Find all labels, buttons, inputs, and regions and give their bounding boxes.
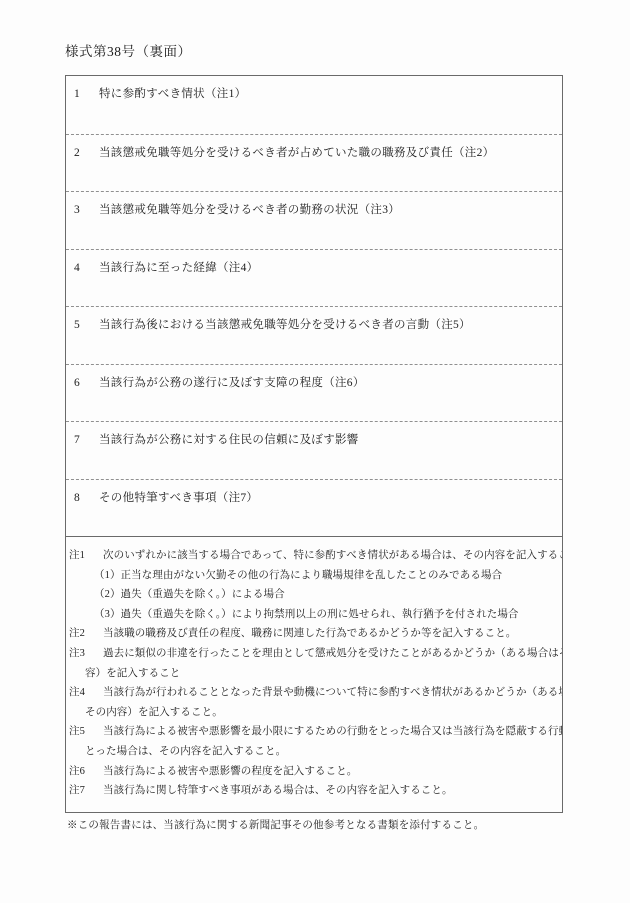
- section-label: 当該行為に至った経緯（注4）: [99, 262, 258, 274]
- section-number: 2: [74, 147, 99, 159]
- note-text: 当該行為による被害や悪影響の程度を記入すること。: [103, 766, 357, 777]
- form-section-row: 3当該懲戒免職等処分を受けるべき者の勤務の状況（注3）: [66, 191, 562, 249]
- section-number: 3: [74, 204, 99, 216]
- note-text: その内容）を記入すること。: [85, 707, 223, 718]
- note-line: 注6当該行為による被害や悪影響の程度を記入すること。: [69, 762, 560, 782]
- section-number: 4: [74, 262, 99, 274]
- note-line: （1）正当な理由がない欠勤その他の行為により職場規律を乱したことのみである場合: [69, 566, 560, 586]
- note-text: （2）過失（重過失を除く。）による場合: [94, 589, 285, 600]
- section-label: その他特筆すべき事項（注7）: [99, 492, 258, 504]
- note-text: （1）正当な理由がない欠勤その他の行為により職場規律を乱したことのみである場合: [94, 570, 502, 581]
- note-text: 容）を記入すること: [85, 668, 180, 679]
- page-title: 様式第38号（裏面）: [65, 40, 192, 60]
- section-label: 特に参酌すべき情状（注1）: [99, 88, 246, 100]
- form-section-row: 7当該行為が公務に対する住民の信頼に及ぼす影響: [66, 421, 562, 479]
- section-number: 7: [74, 434, 99, 446]
- note-text: 当該行為による被害や悪影響を最小限にするための行動をとった場合又は当該行為を隠蔽…: [103, 726, 563, 737]
- note-line: 注1次のいずれかに該当する場合であって、特に参酌すべき情状がある場合は、その内容…: [69, 546, 560, 566]
- form-section-row: 8その他特筆すべき事項（注7）: [66, 479, 562, 537]
- section-label: 当該行為が公務に対する住民の信頼に及ぼす影響: [99, 434, 359, 446]
- note-line: （2）過失（重過失を除く。）による場合: [69, 585, 560, 605]
- note-line: とった場合は、その内容を記入すること。: [69, 742, 560, 762]
- note-line: 注2当該職の職務及び責任の程度、職務に関連した行為であるかどうか等を記入すること…: [69, 624, 560, 644]
- form-section-row: 4当該行為に至った経緯（注4）: [66, 249, 562, 307]
- note-line: 注4当該行為が行われることとなった背景や動機について特に参酌すべき情状があるかど…: [69, 683, 560, 703]
- form-section-row: 6当該行為が公務の遂行に及ぼす支障の程度（注6）: [66, 364, 562, 422]
- form-notes: 注1次のいずれかに該当する場合であって、特に参酌すべき情状がある場合は、その内容…: [66, 536, 562, 812]
- note-line: その内容）を記入すること。: [69, 703, 560, 723]
- section-label: 当該行為後における当該懲戒免職等処分を受けるべき者の言動（注5）: [99, 319, 471, 331]
- note-label: 注7: [69, 781, 103, 801]
- section-label: 当該懲戒免職等処分を受けるべき者の勤務の状況（注3）: [99, 204, 400, 216]
- note-text: 次のいずれかに該当する場合であって、特に参酌すべき情状がある場合は、その内容を記…: [103, 550, 563, 561]
- note-text: 当該職の職務及び責任の程度、職務に関連した行為であるかどうか等を記入すること。: [103, 628, 516, 639]
- section-number: 8: [74, 492, 99, 504]
- note-label: 注1: [69, 546, 103, 566]
- note-line: 注7当該行為に関し特筆すべき事項がある場合は、その内容を記入すること。: [69, 781, 560, 801]
- form-sections: 1特に参酌すべき情状（注1） 2当該懲戒免職等処分を受けるべき者が占めていた職の…: [66, 76, 562, 536]
- note-label: 注2: [69, 624, 103, 644]
- report-form-table: 1特に参酌すべき情状（注1） 2当該懲戒免職等処分を受けるべき者が占めていた職の…: [65, 75, 563, 813]
- attachment-instruction: ※この報告書には、当該行為に関する新聞記事その他参考となる書類を添付すること。: [67, 817, 484, 832]
- section-label: 当該懲戒免職等処分を受けるべき者が占めていた職の職務及び責任（注2）: [99, 147, 494, 159]
- section-number: 6: [74, 377, 99, 389]
- form-section-row: 5当該行為後における当該懲戒免職等処分を受けるべき者の言動（注5）: [66, 306, 562, 364]
- note-text: 当該行為に関し特筆すべき事項がある場合は、その内容を記入すること。: [103, 785, 453, 796]
- section-number: 1: [74, 88, 99, 100]
- note-line: 注3過去に類似の非違を行ったことを理由として懲戒処分を受けたことがあるかどうか（…: [69, 644, 560, 664]
- section-label: 当該行為が公務の遂行に及ぼす支障の程度（注6）: [99, 377, 365, 389]
- form-section-row: 1特に参酌すべき情状（注1）: [66, 76, 562, 134]
- note-line: 注5当該行為による被害や悪影響を最小限にするための行動をとった場合又は当該行為を…: [69, 722, 560, 742]
- note-label: 注3: [69, 644, 103, 664]
- note-line: 容）を記入すること: [69, 664, 560, 684]
- note-text: 当該行為が行われることとなった背景や動機について特に参酌すべき情状があるかどうか…: [103, 687, 563, 698]
- note-label: 注4: [69, 683, 103, 703]
- note-label: 注5: [69, 722, 103, 742]
- note-line: （3）過失（重過失を除く。）により拘禁刑以上の刑に処せられ、執行猶予を付された場…: [69, 605, 560, 625]
- section-number: 5: [74, 319, 99, 331]
- note-text: （3）過失（重過失を除く。）により拘禁刑以上の刑に処せられ、執行猶予を付された場…: [94, 609, 519, 620]
- note-label: 注6: [69, 762, 103, 782]
- form-section-row: 2当該懲戒免職等処分を受けるべき者が占めていた職の職務及び責任（注2）: [66, 134, 562, 192]
- note-text: とった場合は、その内容を記入すること。: [85, 746, 286, 757]
- note-text: 過去に類似の非違を行ったことを理由として懲戒処分を受けたことがあるかどうか（ある…: [103, 648, 563, 659]
